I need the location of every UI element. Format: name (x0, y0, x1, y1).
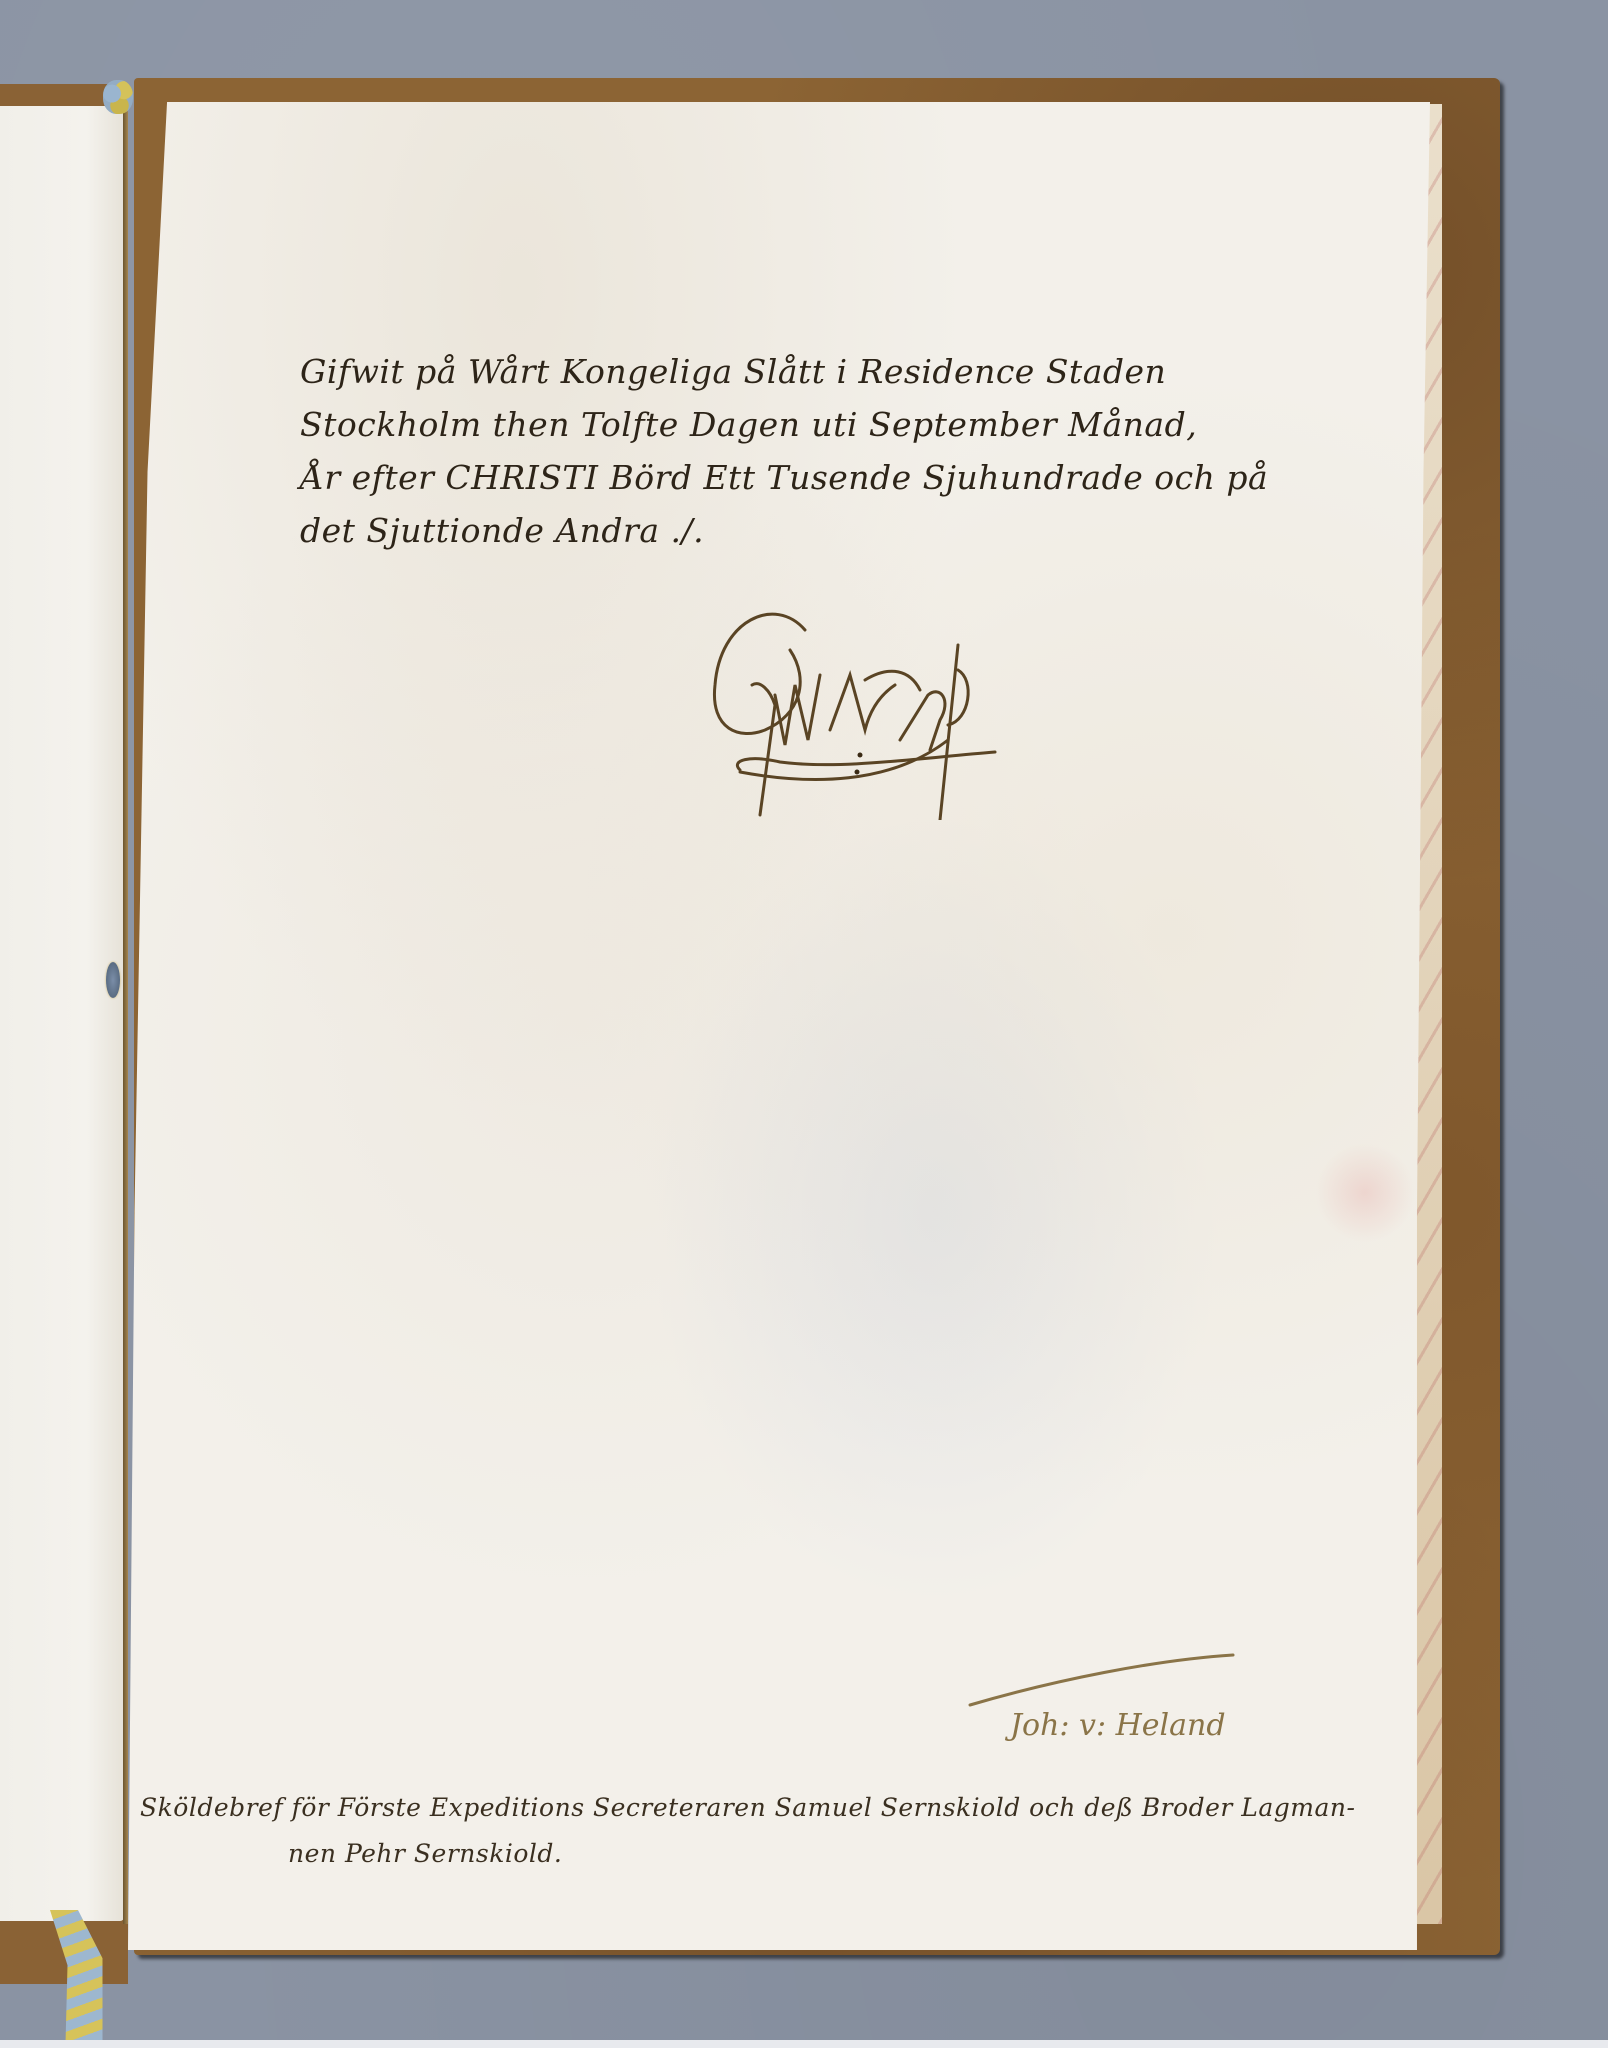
countersignature-name: Joh: v: Heland (1010, 1708, 1226, 1743)
main-text-line-2: Stockholm then Tolfte Dagen uti Septembe… (300, 398, 1268, 451)
countersignature-stroke-icon (955, 1650, 1255, 1710)
main-text-block: Gifwit på Wårt Kongeliga Slått i Residen… (300, 345, 1268, 557)
binding-cord-top-icon (103, 80, 133, 114)
main-text-line-3: År efter CHRISTI Börd Ett Tusende Sjuhun… (300, 451, 1268, 504)
footer-text-line-2: nen Pehr Sernskiold. (140, 1831, 1355, 1877)
footer-text-line-1: Sköldebref för Förste Expeditions Secret… (140, 1785, 1355, 1831)
main-text-line-4: det Sjuttionde Andra ./. (300, 504, 1268, 557)
countersignature: Joh: v: Heland (955, 1650, 1255, 1760)
royal-signature-flourish-icon (690, 590, 1020, 820)
footer-text-block: Sköldebref för Förste Expeditions Secret… (140, 1785, 1355, 1877)
left-page (0, 106, 124, 1921)
main-text-line-1: Gifwit på Wårt Kongeliga Slått i Residen… (300, 345, 1268, 398)
book-gutter (123, 104, 128, 1924)
scan-border (0, 2040, 1608, 2048)
royal-signature: Gustaf (690, 590, 1020, 820)
binding-cord-visible-in-gutter (106, 962, 120, 998)
